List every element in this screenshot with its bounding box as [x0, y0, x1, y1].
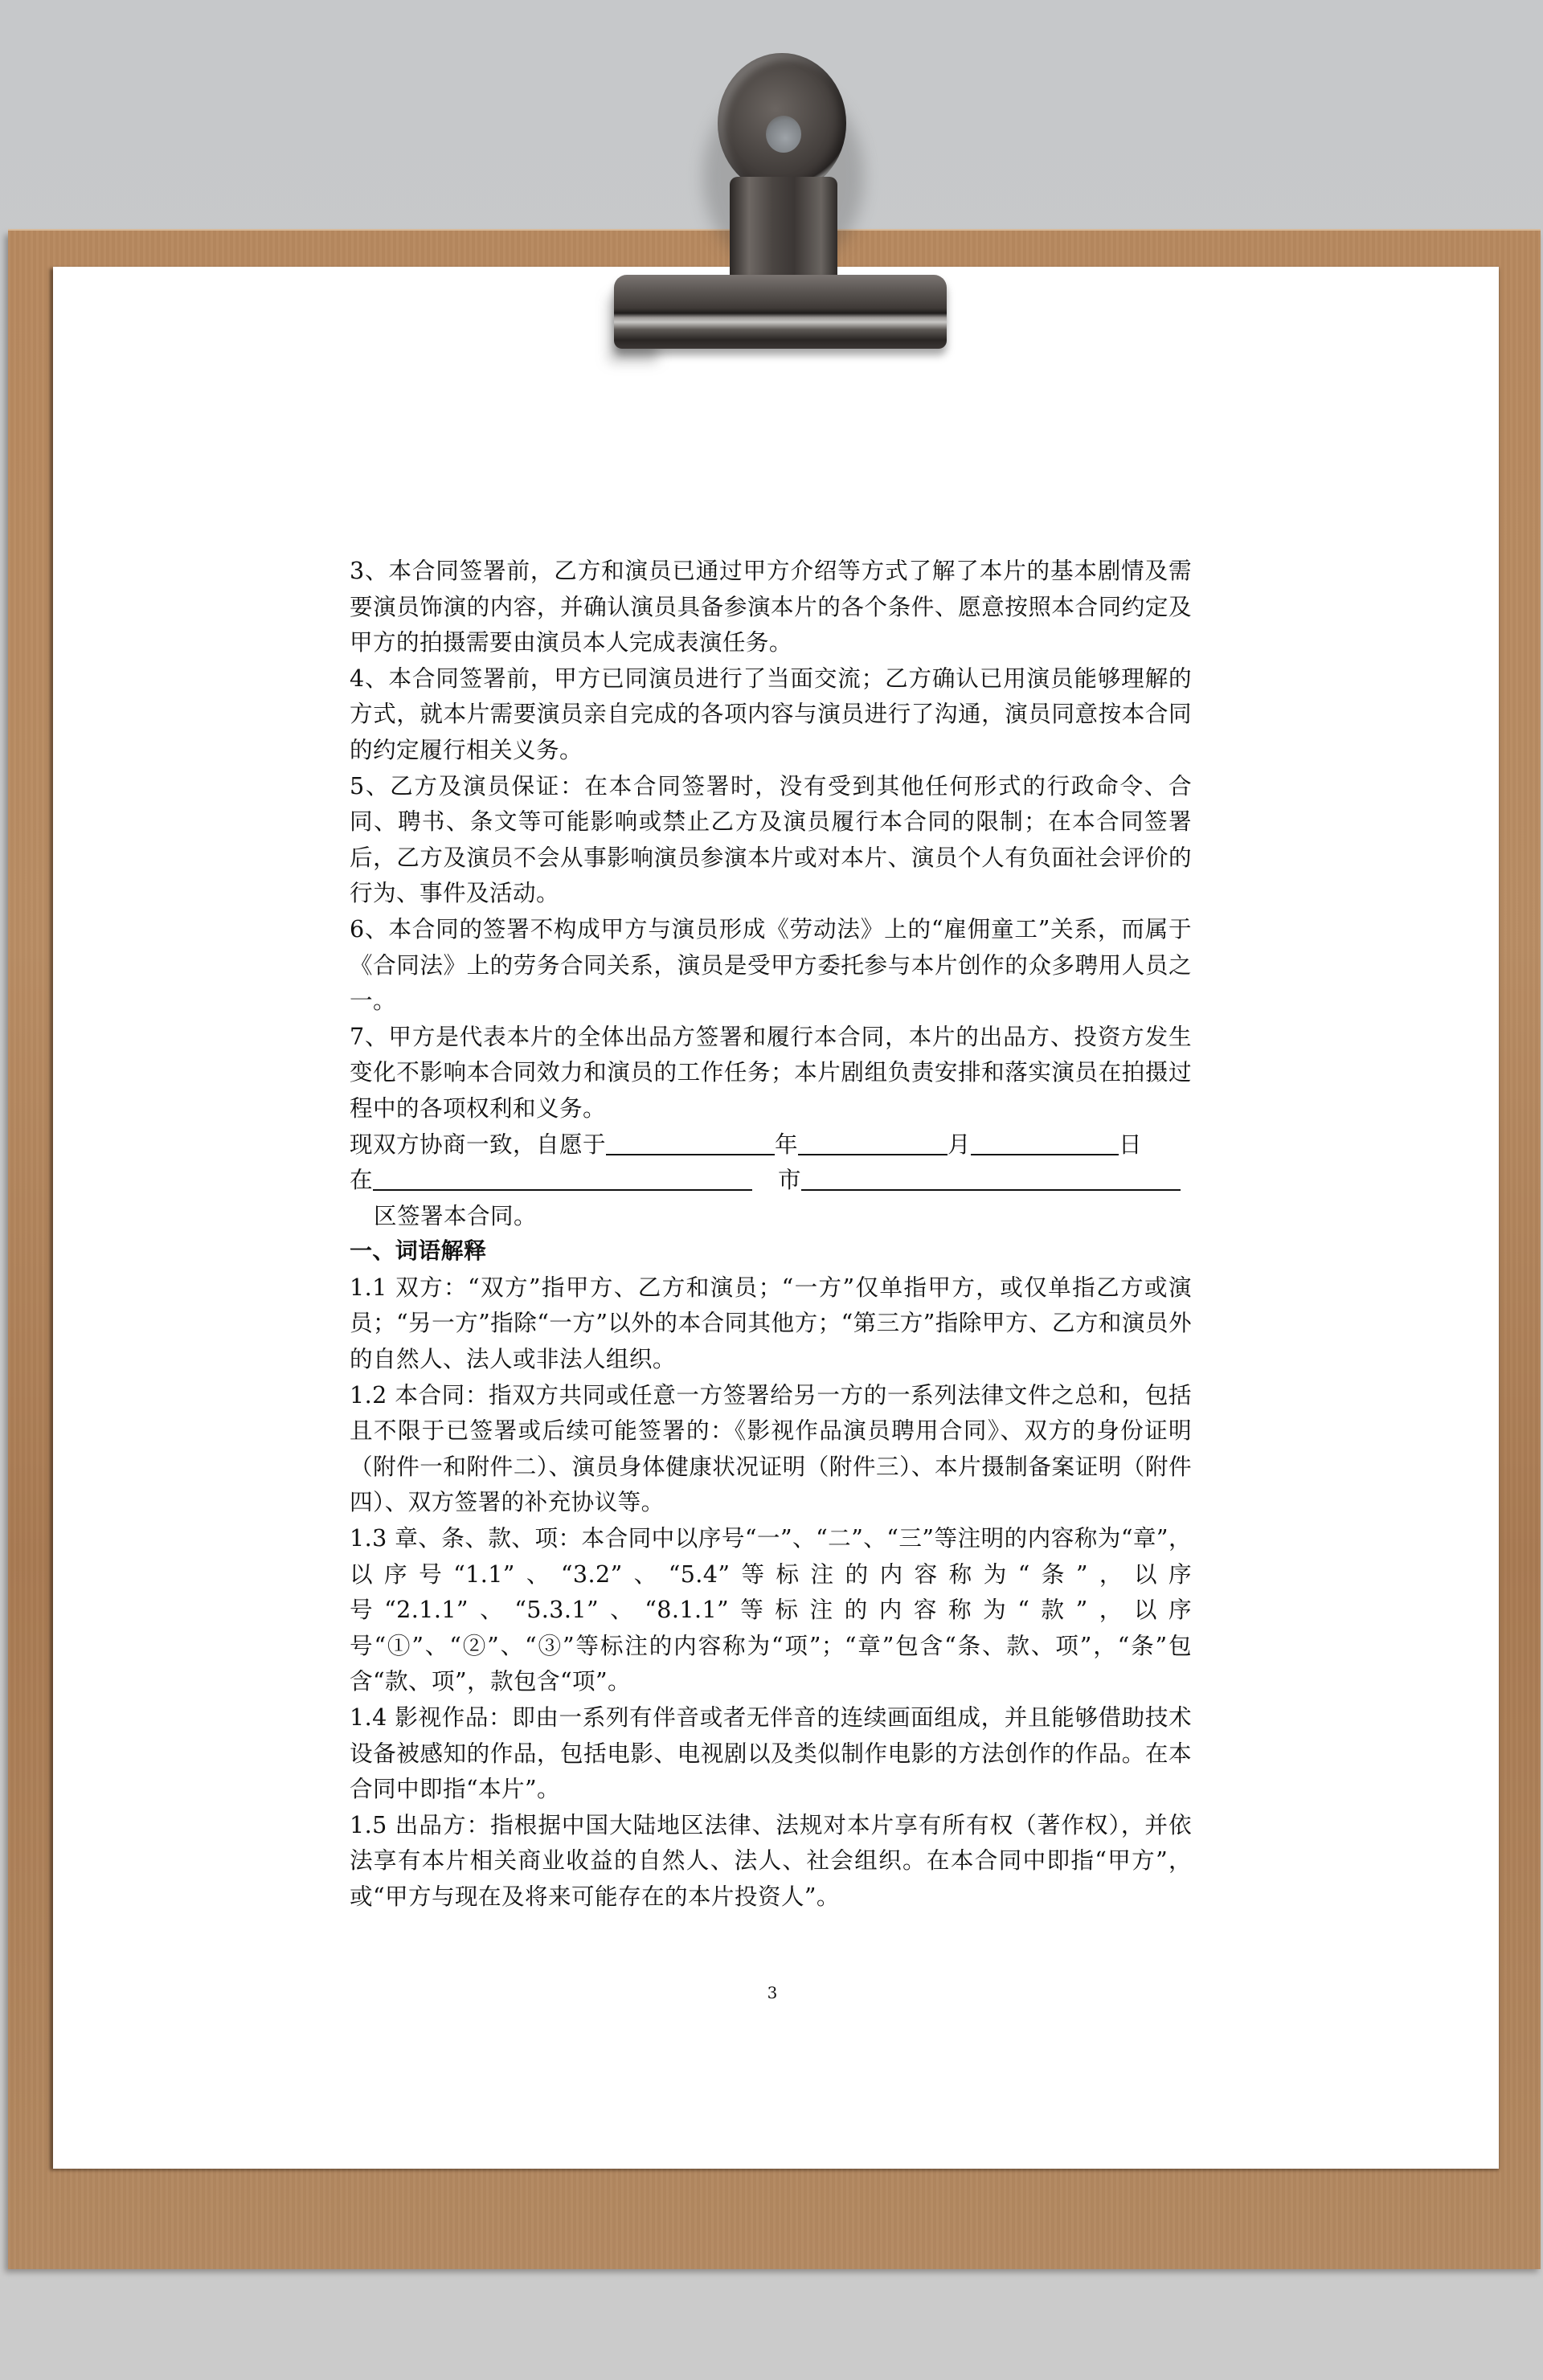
year-blank[interactable]	[606, 1130, 775, 1155]
clause-5: 5、乙方及演员保证：在本合同签署时，没有受到其他任何形式的行政命令、合同、聘书、…	[350, 768, 1192, 911]
clip-neck	[730, 177, 837, 289]
document-body: 3、本合同签署前，乙方和演员已通过甲方介绍等方式了解了本片的基本剧情及需要演员饰…	[350, 553, 1192, 1915]
clause-6: 6、本合同的签署不构成甲方与演员形成《劳动法》上的“雇佣童工”关系，而属于《合同…	[350, 911, 1192, 1019]
binder-clip-icon	[563, 32, 980, 370]
definition-1-3: 1.3 章、条、款、项：本合同中以序号“一”、“二”、“三”等注明的内容称为“章…	[350, 1520, 1192, 1699]
district-blank[interactable]	[801, 1165, 1181, 1191]
definition-1-5: 1.5 出品方：指根据中国大陆地区法律、法规对本片享有所有权（著作权），并依法享…	[350, 1807, 1192, 1915]
place-blank[interactable]	[373, 1165, 752, 1191]
city-label: 市	[778, 1166, 801, 1193]
signing-date-line: 现双方协商一致，自愿于年月日	[350, 1127, 1192, 1163]
year-label: 年	[775, 1131, 798, 1158]
section-heading: 一、词语解释	[350, 1233, 1192, 1270]
page-number: 3	[760, 1983, 784, 2002]
day-blank[interactable]	[971, 1130, 1119, 1155]
month-label: 月	[947, 1131, 971, 1158]
definition-1-1: 1.1 双方：“双方”指甲方、乙方和演员；“一方”仅单指甲方，或仅单指乙方或演员…	[350, 1270, 1192, 1377]
clip-jaw	[614, 275, 947, 349]
clause-3: 3、本合同签署前，乙方和演员已通过甲方介绍等方式了解了本片的基本剧情及需要演员饰…	[350, 553, 1192, 660]
clip-ring-hole	[766, 116, 801, 153]
definition-1-4: 1.4 影视作品：即由一系列有伴音或者无伴音的连续画面组成，并且能够借助技术设备…	[350, 1699, 1192, 1807]
signing-place-line: 在市	[350, 1162, 1192, 1198]
day-label: 日	[1119, 1131, 1142, 1158]
month-blank[interactable]	[798, 1130, 947, 1155]
clause-4: 4、本合同签署前，甲方已同演员进行了当面交流；乙方确认已用演员能够理解的方式，就…	[350, 660, 1192, 768]
signing-date-prefix: 现双方协商一致，自愿于	[350, 1131, 606, 1158]
signing-place-prefix: 在	[350, 1166, 373, 1193]
definition-1-2: 1.2 本合同：指双方共同或任意一方签署给另一方的一系列法律文件之总和，包括且不…	[350, 1377, 1192, 1520]
clause-7: 7、甲方是代表本片的全体出品方签署和履行本合同，本片的出品方、投资方发生变化不影…	[350, 1019, 1192, 1127]
signing-closing-line: 区签署本合同。	[350, 1198, 1192, 1234]
